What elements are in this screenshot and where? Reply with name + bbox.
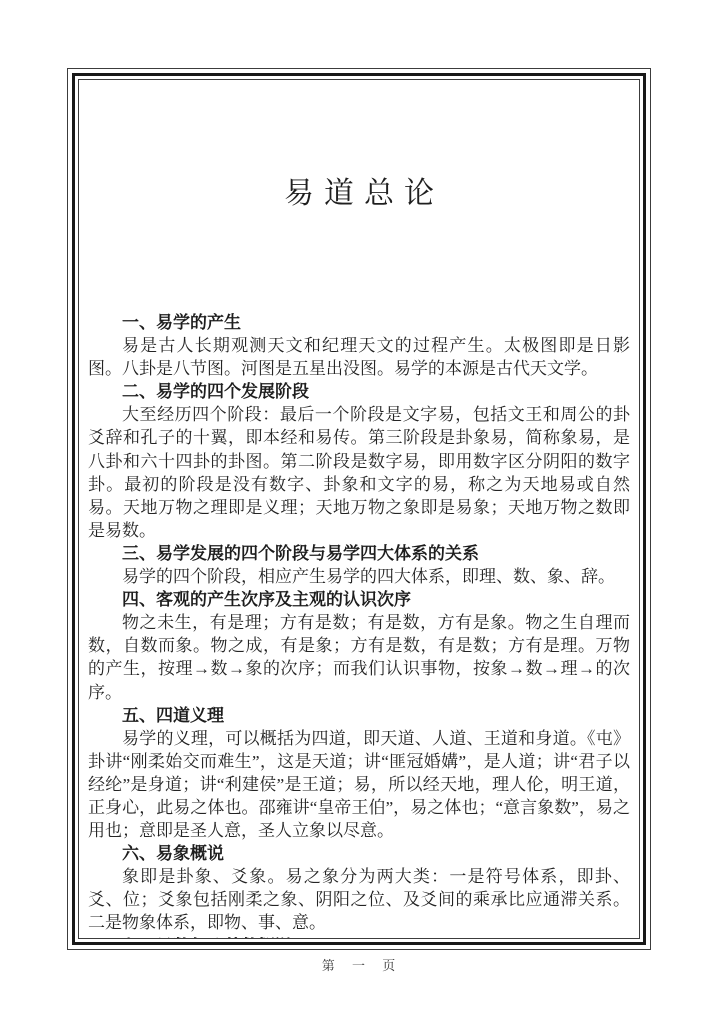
section-2: 二、易学的四个发展阶段 大至经历四个阶段：最后一个阶段是文字易，包括文王和周公的… (88, 380, 630, 542)
section-5-heading: 五、四道义理 (88, 704, 630, 727)
section-7: 七、易数与八卦数概说 易数包括，天地之数、大衍之数、河洛之数、生成之数、九六之数… (88, 935, 630, 938)
page-footer: 第 一 页 (0, 955, 724, 974)
document-page: 易道总论 一、易学的产生 易是古人长期观测天文和纪理天文的过程产生。太极图即是日… (0, 0, 724, 1024)
section-3-paragraph: 易学的四个阶段，相应产生易学的四大体系，即理、数、象、辞。 (88, 565, 630, 588)
section-6: 六、易象概说 象即是卦象、爻象。易之象分为两大类：一是符号体系，即卦、爻、位；爻… (88, 842, 630, 934)
section-6-paragraph: 象即是卦象、爻象。易之象分为两大类：一是符号体系，即卦、爻、位；爻象包括刚柔之象… (88, 865, 630, 934)
section-5: 五、四道义理 易学的义理，可以概括为四道，即天道、人道、王道和身道。《屯》卦讲“… (88, 704, 630, 843)
section-7-heading: 七、易数与八卦数概说 (88, 935, 630, 938)
page-content: 易道总论 一、易学的产生 易是古人长期观测天文和纪理天文的过程产生。太极图即是日… (79, 80, 639, 938)
document-body: 一、易学的产生 易是古人长期观测天文和纪理天文的过程产生。太极图即是日影图。八卦… (88, 311, 630, 938)
section-5-paragraph: 易学的义理，可以概括为四道，即天道、人道、王道和身道。《屯》卦讲“刚柔始交而难生… (88, 727, 630, 842)
page-border-inner-line: 易道总论 一、易学的产生 易是古人长期观测天文和纪理天文的过程产生。太极图即是日… (78, 79, 640, 939)
section-1: 一、易学的产生 易是古人长期观测天文和纪理天文的过程产生。太极图即是日影图。八卦… (88, 311, 630, 380)
section-6-heading: 六、易象概说 (88, 842, 630, 865)
section-4: 四、客观的产生次序及主观的认识次序 物之未生，有是理；方有是数；有是数，方有是象… (88, 588, 630, 703)
page-title: 易道总论 (88, 176, 630, 212)
page-border-frame: 易道总论 一、易学的产生 易是古人长期观测天文和纪理天文的过程产生。太极图即是日… (67, 68, 651, 950)
section-1-paragraph: 易是古人长期观测天文和纪理天文的过程产生。太极图即是日影图。八卦是八节图。河图是… (88, 334, 630, 380)
page-number: 第 一 页 (322, 958, 403, 973)
section-2-paragraph: 大至经历四个阶段：最后一个阶段是文字易，包括文王和周公的卦爻辞和孔子的十翼，即本… (88, 403, 630, 542)
section-4-heading: 四、客观的产生次序及主观的认识次序 (88, 588, 630, 611)
section-4-paragraph: 物之未生，有是理；方有是数；有是数，方有是象。物之生自理而数，自数而象。物之成，… (88, 611, 630, 703)
section-2-heading: 二、易学的四个发展阶段 (88, 380, 630, 403)
section-1-heading: 一、易学的产生 (88, 311, 630, 334)
section-3-heading: 三、易学发展的四个阶段与易学四大体系的关系 (88, 542, 630, 565)
section-3: 三、易学发展的四个阶段与易学四大体系的关系 易学的四个阶段，相应产生易学的四大体… (88, 542, 630, 588)
page-border-thick-line: 易道总论 一、易学的产生 易是古人长期观测天文和纪理天文的过程产生。太极图即是日… (72, 73, 646, 945)
